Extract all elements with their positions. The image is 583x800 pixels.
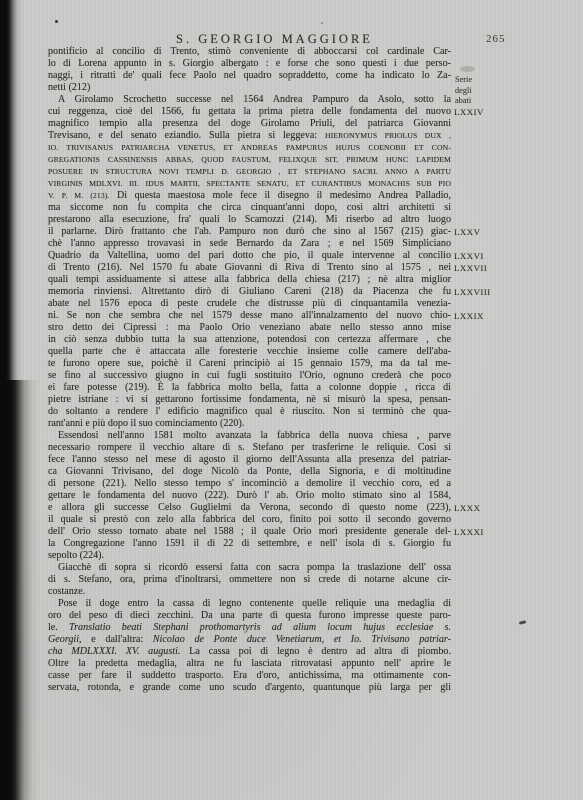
- text-line: lo di Lorena appunto in s. Giorgio alber…: [48, 58, 451, 70]
- body-text: Quadrio da Valtellina, uomo del pari dot…: [48, 250, 451, 261]
- body-text: Oltre la predetta medaglia, altra ne fu …: [48, 658, 451, 669]
- body-text: magnifico tempio alla presenza del doge …: [48, 118, 451, 129]
- text-line: e allora gli successe Celso Guglielmi da…: [48, 502, 451, 514]
- text-line: di persone (221). Nello stesso tempo s' …: [48, 478, 451, 490]
- text-line: stro detto dei Cipressi : ma Paolo Orio …: [48, 322, 451, 334]
- margin-abbot-number: LXXX: [454, 503, 480, 513]
- body-text: casse per fare il suddetto trasporto. Er…: [48, 670, 451, 681]
- text-line: il quale si prestò con zelo alla fabbric…: [48, 514, 451, 526]
- body-text: quella parte che è attaccata alle forest…: [48, 346, 451, 357]
- binding-gutter-shadow-lower: [0, 380, 40, 800]
- body-text: naggi, i ritratti de' quali fece Paolo n…: [48, 70, 451, 81]
- margin-abbot-number: LXXV: [454, 227, 480, 237]
- inscription-capitals: IO. TRIVISANUS PATRIARCHA VENETUS, ET AN…: [48, 143, 451, 152]
- body-text: ei fare potesse (219). È la fabbrica mol…: [48, 382, 451, 393]
- text-line: pietre istriane : vi si gettarono fortis…: [48, 394, 451, 406]
- text-line: IO. TRIVISANUS PATRIARCHA VENETUS, ET AN…: [48, 142, 451, 154]
- body-text: do soltanto a rendere l' edificio magnif…: [48, 406, 451, 417]
- text-line: Georgii, e dall'altra: Nicolao de Ponte …: [48, 634, 451, 646]
- text-line: cui reggenza, cioè del 1566, fu gettata …: [48, 106, 451, 118]
- body-text: di s. Stefano, ora, prima d'inoltrarsi, …: [48, 574, 451, 585]
- body-text: pietre istriane : vi si gettarono fortis…: [48, 394, 451, 405]
- inscription-capitals: POSUERE IN STRUCTURA NOVI TEMPLI D. GEOR…: [48, 167, 451, 176]
- body-text: memoria rinviensi. Altrettanto dirò di G…: [48, 286, 451, 297]
- body-text: La cassa poi di legno è dentro ad altra …: [180, 646, 451, 657]
- margin-abbot-number: LXXVII: [454, 263, 487, 273]
- body-text: te furono opere sue, poichè il Careni pr…: [48, 358, 451, 369]
- text-line: ca Giovanni Trivisano, del doge Nicolò d…: [48, 466, 451, 478]
- margin-abbot-number: LXXIV: [454, 107, 484, 117]
- body-text: Giacchè di sopra si ricordò essersi fatt…: [58, 562, 451, 573]
- text-line: chè l'anno appresso trovavasi in sede Be…: [48, 238, 451, 250]
- inscription-capitals: V. P. M. (213).: [48, 191, 109, 200]
- body-text: servata, rotonda, e grande come uno scud…: [48, 682, 451, 693]
- margin-series-label: Serie degli abati: [455, 75, 472, 107]
- body-text: la Congregazione l'anno 1591 il dì 22 di…: [48, 538, 451, 549]
- body-text: se fino al successivo giugno in cui fugl…: [48, 370, 451, 381]
- text-line: naggi, i ritratti de' quali fece Paolo n…: [48, 70, 451, 82]
- text-line: Giacchè di sopra si ricordò essersi fatt…: [48, 562, 451, 574]
- text-line: Essendosi nell'anno 1581 molto avanzata …: [48, 430, 451, 442]
- ink-speck: [519, 620, 526, 624]
- text-line: ni. Se non che sembra che nel 1579 desse…: [48, 310, 451, 322]
- body-text: pontificio al concilio di Trento, stimò …: [48, 46, 451, 57]
- text-line: ma siccome non fu compita che circa cinq…: [48, 202, 451, 214]
- inscription-capitals: HIERONYMUS PRIOLUS DUX ,: [325, 131, 451, 140]
- text-line: pontificio al concilio di Trento, stimò …: [48, 46, 451, 58]
- body-text: abate nel 1576 epoca di peste crudele ch…: [48, 298, 451, 309]
- text-line: sepolto (224).: [48, 550, 451, 562]
- body-text: dell' Orio stesso tornato abate nel 1588…: [48, 526, 451, 537]
- text-line: do soltanto a rendere l' edificio magnif…: [48, 406, 451, 418]
- text-line: Pose il doge entro la cassa di legno con…: [48, 598, 451, 610]
- latin-italic: Translatio beati Stephani prothomartyris…: [69, 622, 451, 633]
- margin-abbot-number: LXXIX: [454, 311, 484, 321]
- body-text: , e dall'altra:: [79, 634, 153, 645]
- text-line: memoria rinviensi. Altrettanto dirò di G…: [48, 286, 451, 298]
- text-line: in ciò senza dubbio tutta la sua attenzi…: [48, 334, 451, 346]
- text-line: A Girolamo Scrochetto successe nel 1564 …: [48, 94, 451, 106]
- body-text: gettare le fondamenta del nuovo (222). D…: [48, 490, 451, 501]
- latin-italic: Nicolao de Ponte duce Venetiarum, et Io.…: [153, 634, 451, 645]
- inscription-capitals: GREGATIONIS CASSINENSIS ABBAS, QUOD FAUS…: [48, 155, 451, 164]
- body-text: fece l'anno stesso nel mese di agosto il…: [48, 454, 451, 465]
- body-text: Di questa maestosa mole fece il disegno …: [109, 190, 451, 201]
- latin-italic: cha MDLXXXI. XV. augusti.: [48, 646, 180, 657]
- text-line: prestarono alla esecuzione, fra' quali l…: [48, 214, 451, 226]
- text-line: abate nel 1576 epoca di peste crudele ch…: [48, 298, 451, 310]
- body-text: Pose il doge entro la cassa di legno con…: [58, 598, 451, 609]
- body-text: necessario rompere il vecchio altare di …: [48, 442, 451, 453]
- text-column: pontificio al concilio di Trento, stimò …: [48, 46, 451, 694]
- text-line: te furono opere sue, poichè il Careni pr…: [48, 358, 451, 370]
- text-line: GREGATIONIS CASSINENSIS ABBAS, QUOD FAUS…: [48, 154, 451, 166]
- body-text: Trevisano, e del senato eziandio. Sulla …: [48, 130, 325, 141]
- text-line: magnifico tempio alla presenza del doge …: [48, 118, 451, 130]
- margin-series-line: abati: [455, 96, 472, 107]
- text-line: Trevisano, e del senato eziandio. Sulla …: [48, 130, 451, 142]
- text-line: V. P. M. (213). Di questa maestosa mole …: [48, 190, 451, 202]
- text-line: Oltre la predetta medaglia, altra ne fu …: [48, 658, 451, 670]
- margin-abbot-number: LXXVIII: [454, 287, 491, 297]
- body-text: chè l'anno appresso trovavasi in sede Be…: [48, 238, 451, 249]
- text-line: VIRGINIS MDLXVI. III. IDUS MARTII, SPECT…: [48, 178, 451, 190]
- text-line: costanze.: [48, 586, 451, 598]
- text-line: Quadrio da Valtellina, uomo del pari dot…: [48, 250, 451, 262]
- body-text: il parlarne. Dirò frattanto che l'ab. Pa…: [48, 226, 451, 237]
- body-text: le.: [48, 622, 69, 633]
- text-line: quella parte che è attaccata alle forest…: [48, 346, 451, 358]
- text-line: oro del peso di dieci zecchini. Da una p…: [48, 610, 451, 622]
- inscription-capitals: VIRGINIS MDLXVI. III. IDUS MARTII, SPECT…: [48, 179, 451, 188]
- paper-smudge: [460, 66, 475, 72]
- text-line: ei fare potesse (219). È la fabbrica mol…: [48, 382, 451, 394]
- margin-abbot-number: LXXXI: [454, 527, 484, 537]
- body-text: sepolto (224).: [48, 550, 104, 561]
- text-line: se fino al successivo giugno in cui fugl…: [48, 370, 451, 382]
- body-text: e allora gli successe Celso Guglielmi da…: [48, 502, 451, 513]
- text-line: le. Translatio beati Stephani prothomart…: [48, 622, 451, 634]
- text-line: necessario rompere il vecchio altare di …: [48, 442, 451, 454]
- body-text: in ciò senza dubbio tutta la sua attenzi…: [48, 334, 451, 345]
- body-text: ca Giovanni Trivisano, del doge Nicolò d…: [48, 466, 451, 477]
- body-text: A Girolamo Scrochetto successe nel 1564 …: [58, 94, 451, 105]
- margin-abbot-number: LXXVI: [454, 251, 484, 261]
- text-line: il parlarne. Dirò frattanto che l'ab. Pa…: [48, 226, 451, 238]
- text-line: casse per fare il suddetto trasporto. Er…: [48, 670, 451, 682]
- text-line: fece l'anno stesso nel mese di agosto il…: [48, 454, 451, 466]
- ink-speck: [321, 22, 323, 24]
- text-line: cha MDLXXXI. XV. augusti. La cassa poi d…: [48, 646, 451, 658]
- text-line: di Trento (216). Nel 1570 fu abate Giova…: [48, 262, 451, 274]
- text-line: dell' Orio stesso tornato abate nel 1588…: [48, 526, 451, 538]
- body-text: il quale si prestò con zelo alla fabbric…: [48, 514, 451, 525]
- body-text: di persone (221). Nello stesso tempo s' …: [48, 478, 451, 489]
- page-number: 265: [486, 33, 506, 45]
- ink-speck: [55, 20, 58, 23]
- body-text: rant'anni e più dopo il suo cominciament…: [48, 418, 244, 429]
- text-line: servata, rotonda, e grande come uno scud…: [48, 682, 451, 694]
- text-line: la Congregazione l'anno 1591 il dì 22 di…: [48, 538, 451, 550]
- body-text: costanze.: [48, 586, 85, 597]
- body-text: oro del peso di dieci zecchini. Da una p…: [48, 610, 451, 621]
- body-text: stro detto dei Cipressi : ma Paolo Orio …: [48, 322, 451, 333]
- text-line: rant'anni e più dopo il suo cominciament…: [48, 418, 451, 430]
- margin-series-line: degli: [455, 86, 472, 97]
- body-text: ni. Se non che sembra che nel 1579 desse…: [48, 310, 451, 321]
- body-text: di Trento (216). Nel 1570 fu abate Giova…: [48, 262, 451, 273]
- running-header-title: S. GEORGIO MAGGIORE: [176, 32, 373, 47]
- text-line: netti (212): [48, 82, 451, 94]
- body-text: ma siccome non fu compita che circa cinq…: [48, 202, 451, 213]
- text-line: di s. Stefano, ora, prima d'inoltrarsi, …: [48, 574, 451, 586]
- text-line: POSUERE IN STRUCTURA NOVI TEMPLI D. GEOR…: [48, 166, 451, 178]
- body-text: Essendosi nell'anno 1581 molto avanzata …: [58, 430, 451, 441]
- body-text: netti (212): [48, 82, 90, 93]
- book-page-scan: S. GEORGIO MAGGIORE 265 pontificio al co…: [0, 0, 583, 800]
- body-text: cui reggenza, cioè del 1566, fu gettata …: [48, 106, 451, 117]
- body-text: prestarono alla esecuzione, fra' quali l…: [48, 214, 451, 225]
- latin-italic: Georgii: [48, 634, 79, 645]
- body-text: quali tempi assiduamente si attese alla …: [48, 274, 451, 285]
- margin-series-line: Serie: [455, 75, 472, 86]
- text-line: gettare le fondamenta del nuovo (222). D…: [48, 490, 451, 502]
- text-line: quali tempi assiduamente si attese alla …: [48, 274, 451, 286]
- body-text: lo di Lorena appunto in s. Giorgio alber…: [48, 58, 451, 69]
